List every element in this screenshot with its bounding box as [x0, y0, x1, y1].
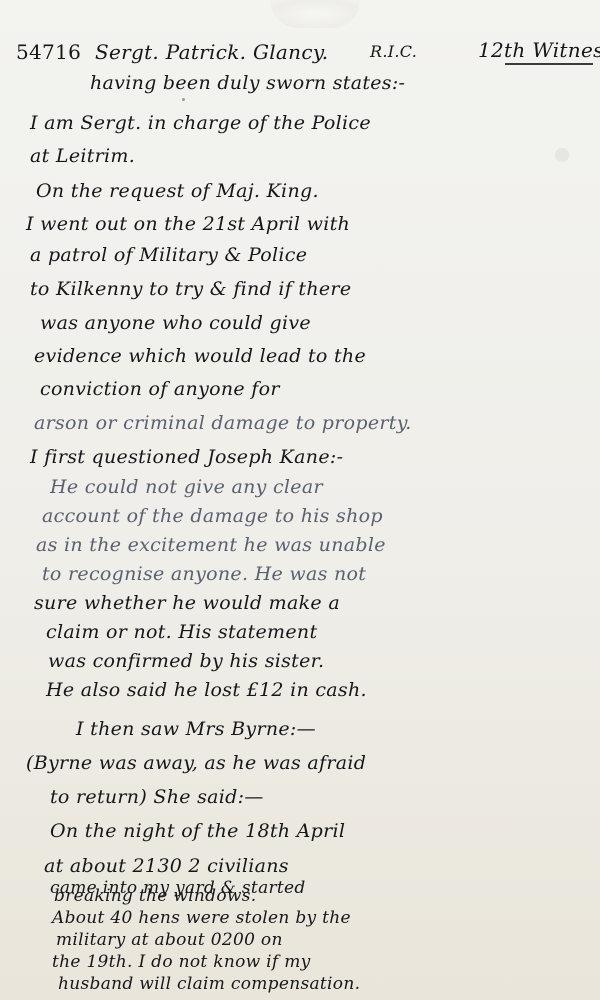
witness-label: 12th Witness [478, 38, 600, 62]
statement-line: On the request of Maj. King. [36, 180, 319, 202]
statement-line: I first questioned Joseph Kane:- [30, 446, 343, 468]
statement-line: was anyone who could give [40, 312, 311, 334]
statement-line: to Kilkenny to try & find if there [30, 278, 351, 300]
statement-line: to recognise anyone. He was not [42, 563, 366, 585]
sworn-line: having been duly sworn states:- [90, 72, 405, 94]
witness-name: Sergt. Patrick. Glancy. [95, 40, 328, 64]
statement-line: arson or criminal damage to property. [34, 412, 412, 434]
statement-line: a patrol of Military & Police [30, 244, 307, 266]
statement-line: account of the damage to his shop [42, 505, 383, 527]
statement-line: the 19th. I do not know if my [52, 952, 311, 972]
embossed-seal [270, 0, 360, 28]
statement-line: military at about 0200 on [56, 930, 283, 950]
statement-line: was confirmed by his sister. [48, 650, 324, 672]
statement-line: He also said he lost £12 in cash. [46, 679, 367, 701]
statement-line: (Byrne was away, as he was afraid [26, 752, 366, 774]
statement-line: as in the excitement he was unable [36, 534, 386, 556]
statement-line: to return) She said:— [50, 786, 264, 808]
paper-smudge [555, 148, 569, 162]
statement-line: evidence which would lead to the [34, 345, 366, 367]
statement-line: conviction of anyone for [40, 378, 280, 400]
document-page: 54716 Sergt. Patrick. Glancy. R.I.C. 12t… [0, 0, 600, 1000]
statement-line: I went out on the 21st April with [26, 213, 350, 235]
police-force: R.I.C. [370, 42, 417, 61]
statement-line: husband will claim compensation. [58, 974, 360, 994]
statement-line: breaking the windows. [54, 886, 256, 906]
statement-line: I am Sergt. in charge of the Police [30, 112, 371, 134]
statement-line: On the night of the 18th April [50, 820, 345, 842]
statement-line: sure whether he would make a [34, 592, 340, 614]
statement-line: at Leitrim. [30, 145, 135, 167]
witness-underline [505, 63, 593, 65]
statement-line: claim or not. His statement [46, 621, 317, 643]
statement-line: at about 2130 2 civilians [44, 855, 289, 877]
paper-speck [182, 98, 185, 101]
statement-line: About 40 hens were stolen by the [52, 908, 351, 928]
statement-line: I then saw Mrs Byrne:— [76, 718, 316, 740]
statement-number: 54716 [16, 40, 81, 64]
statement-line: He could not give any clear [50, 476, 323, 498]
